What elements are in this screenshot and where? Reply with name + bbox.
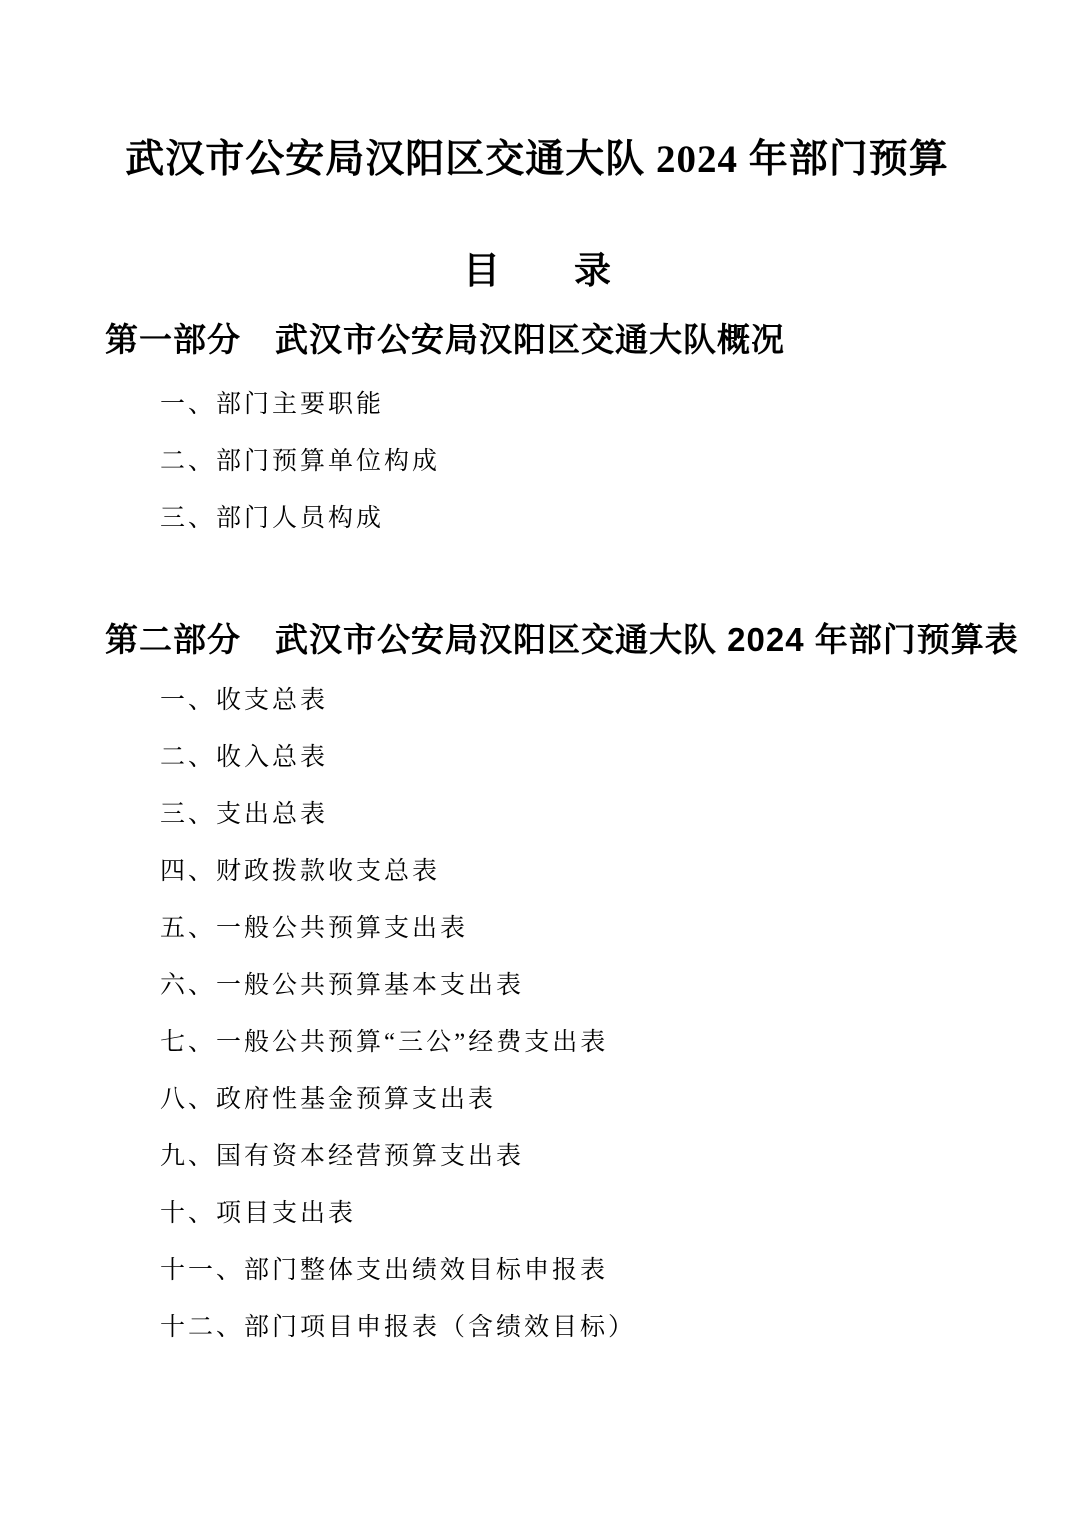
- toc-item: 九、国有资本经营预算支出表: [0, 1128, 1074, 1185]
- toc-item: 五、一般公共预算支出表: [0, 900, 1074, 957]
- toc-item: 十二、部门项目申报表（含绩效目标）: [0, 1299, 1074, 1356]
- toc-item: 七、一般公共预算“三公”经费支出表: [0, 1014, 1074, 1071]
- toc-item: 八、政府性基金预算支出表: [0, 1071, 1074, 1128]
- toc-section-1: 第一部分 武汉市公安局汉阳区交通大队概况一、部门主要职能二、部门预算单位构成三、…: [0, 320, 1074, 547]
- toc-item: 十、项目支出表: [0, 1185, 1074, 1242]
- toc-section-2: 第二部分 武汉市公安局汉阳区交通大队 2024 年部门预算表一、收支总表二、收入…: [0, 620, 1074, 1356]
- document-title: 武汉市公安局汉阳区交通大队 2024 年部门预算: [0, 134, 1074, 186]
- toc-item: 三、支出总表: [0, 786, 1074, 843]
- section-2-heading: 第二部分 武汉市公安局汉阳区交通大队 2024 年部门预算表: [0, 620, 1074, 660]
- document-page: 武汉市公安局汉阳区交通大队 2024 年部门预算 目 录 第一部分 武汉市公安局…: [0, 0, 1074, 1520]
- toc-item: 三、部门人员构成: [0, 490, 1074, 547]
- toc-item: 二、部门预算单位构成: [0, 433, 1074, 490]
- toc-heading: 目 录: [0, 248, 1074, 296]
- toc-sections: 第一部分 武汉市公安局汉阳区交通大队概况一、部门主要职能二、部门预算单位构成三、…: [0, 320, 1074, 1356]
- section-1-heading: 第一部分 武汉市公安局汉阳区交通大队概况: [0, 320, 1074, 360]
- toc-item: 一、部门主要职能: [0, 376, 1074, 433]
- toc-item: 四、财政拨款收支总表: [0, 843, 1074, 900]
- toc-item: 十一、部门整体支出绩效目标申报表: [0, 1242, 1074, 1299]
- toc-item: 六、一般公共预算基本支出表: [0, 957, 1074, 1014]
- toc-item: 二、收入总表: [0, 729, 1074, 786]
- toc-item: 一、收支总表: [0, 672, 1074, 729]
